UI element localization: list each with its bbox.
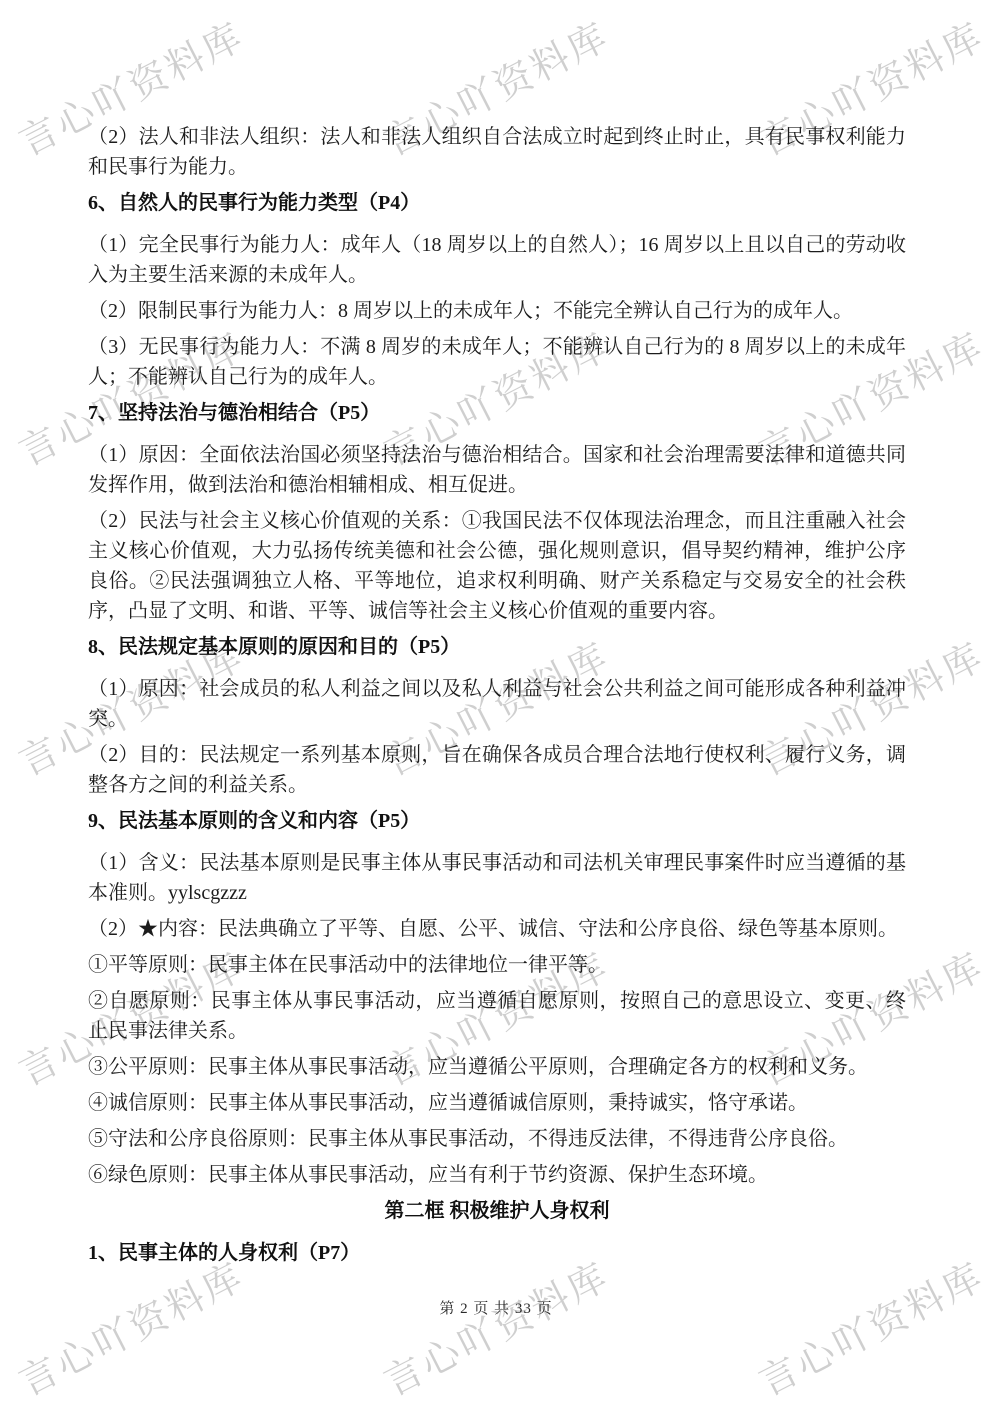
frame-title: 第二框 积极维护人身权利 bbox=[88, 1196, 906, 1226]
paragraph-core-values: （2）民法与社会主义核心价值观的关系：①我国民法不仅体现法治理念，而且注重融入社… bbox=[88, 506, 906, 626]
paragraph-principle-voluntary: ②自愿原则：民事主体从事民事活动，应当遵循自愿原则，按照自己的意思设立、变更、终… bbox=[88, 986, 906, 1046]
paragraph-principle-equality: ①平等原则：民事主体在民事活动中的法律地位一律平等。 bbox=[88, 950, 906, 980]
watermark-text: 言心吖资料库 bbox=[748, 1246, 992, 1403]
heading-personal-rights: 1、民事主体的人身权利（P7） bbox=[88, 1238, 906, 1268]
paragraph-limited-capacity: （2）限制民事行为能力人：8 周岁以上的未成年人；不能完全辨认自己行为的成年人。 bbox=[88, 296, 906, 326]
paragraph-purpose-reason: （1）原因：社会成员的私人利益之间以及私人利益与社会公共利益之间可能形成各种利益… bbox=[88, 674, 906, 734]
watermark-text: 言心吖资料库 bbox=[373, 1246, 617, 1403]
heading-basic-principles-content: 9、民法基本原则的含义和内容（P5） bbox=[88, 806, 906, 836]
watermark-text: 言心吖资料库 bbox=[8, 1246, 252, 1403]
paragraph-principle-good-faith: ④诚信原则：民事主体从事民事活动，应当遵循诚信原则，秉持诚实，恪守承诺。 bbox=[88, 1088, 906, 1118]
paragraph-principles-content: （2）★内容：民法典确立了平等、自愿、公平、诚信、守法和公序良俗、绿色等基本原则… bbox=[88, 914, 906, 944]
document-content: （2）法人和非法人组织：法人和非法人组织自合法成立时起到终止时止，具有民事权利能… bbox=[0, 0, 992, 1268]
page-number: 第 2 页 共 33 页 bbox=[0, 1297, 992, 1318]
heading-civil-capacity-types: 6、自然人的民事行为能力类型（P4） bbox=[88, 188, 906, 218]
carryover-paragraph: （2）法人和非法人组织：法人和非法人组织自合法成立时起到终止时止，具有民事权利能… bbox=[88, 122, 906, 182]
document-page: 言心吖资料库 言心吖资料库 言心吖资料库 言心吖资料库 言心吖资料库 言心吖资料… bbox=[0, 0, 992, 1403]
paragraph-no-capacity: （3）无民事行为能力人：不满 8 周岁的未成年人；不能辨认自己行为的 8 周岁以… bbox=[88, 332, 906, 392]
heading-basic-principles-purpose: 8、民法规定基本原则的原因和目的（P5） bbox=[88, 632, 906, 662]
paragraph-principles-meaning: （1）含义：民法基本原则是民事主体从事民事活动和司法机关审理民事案件时应当遵循的… bbox=[88, 848, 906, 908]
paragraph-full-capacity: （1）完全民事行为能力人：成年人（18 周岁以上的自然人）；16 周岁以上且以自… bbox=[88, 230, 906, 290]
heading-rule-of-law-virtue: 7、坚持法治与德治相结合（P5） bbox=[88, 398, 906, 428]
paragraph-principle-public-order: ⑤守法和公序良俗原则：民事主体从事民事活动，不得违反法律，不得违背公序良俗。 bbox=[88, 1124, 906, 1154]
paragraph-principle-fairness: ③公平原则：民事主体从事民事活动，应当遵循公平原则，合理确定各方的权利和义务。 bbox=[88, 1052, 906, 1082]
paragraph-reason: （1）原因：全面依法治国必须坚持法治与德治相结合。国家和社会治理需要法律和道德共… bbox=[88, 440, 906, 500]
paragraph-purpose-goal: （2）目的：民法规定一系列基本原则，旨在确保各成员合理合法地行使权利、履行义务，… bbox=[88, 740, 906, 800]
paragraph-principle-green: ⑥绿色原则：民事主体从事民事活动，应当有利于节约资源、保护生态环境。 bbox=[88, 1160, 906, 1190]
